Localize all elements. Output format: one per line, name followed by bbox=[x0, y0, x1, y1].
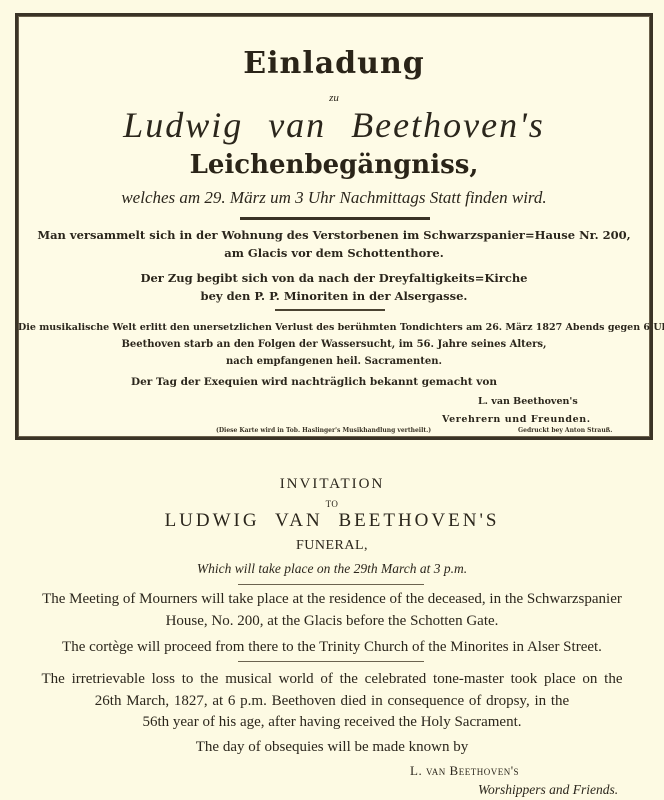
english-title: INVITATION bbox=[0, 476, 664, 493]
english-funeral-heading: FUNERAL, bbox=[0, 538, 664, 554]
divider bbox=[238, 584, 424, 585]
german-meeting-line-1: Man versammelt sich in der Wohnung des V… bbox=[18, 228, 650, 242]
german-meeting-line-2: am Glacis vor dem Schottenthore. bbox=[18, 246, 650, 260]
divider bbox=[275, 309, 385, 311]
german-zu: zu bbox=[18, 92, 650, 104]
english-meeting-line-2: House, No. 200, at the Glacis before the… bbox=[0, 613, 664, 630]
english-signature-line-1: L. van Beethoven's bbox=[410, 763, 519, 779]
english-procession-line: The cortège will proceed from there to t… bbox=[0, 639, 664, 656]
english-loss-line-3: 56th year of his age, after having recei… bbox=[0, 714, 664, 731]
german-funeral-heading: Leichenbegängniss, bbox=[18, 150, 650, 180]
german-title: Einladung bbox=[18, 46, 650, 81]
english-name: LUDWIG VAN BEETHOVEN'S bbox=[0, 510, 664, 532]
german-loss-line-1: Die musikalische Welt erlitt den unerset… bbox=[18, 322, 650, 333]
german-name: Ludwig van Beethoven's bbox=[18, 104, 650, 146]
german-loss-line-2: Beethoven starb an den Folgen der Wasser… bbox=[18, 339, 650, 350]
german-signature-line-2: Verehrern und Freunden. bbox=[442, 414, 591, 425]
german-procession-line-2: bey den P. P. Minoriten in der Alsergass… bbox=[18, 289, 650, 303]
english-obsequies-line: The day of obsequies will be made known … bbox=[0, 739, 664, 756]
german-footer-distribution-note: (Diese Karte wird in Tob. Haslinger's Mu… bbox=[216, 427, 431, 434]
english-loss-line-1: The irretrievable loss to the musical wo… bbox=[4, 671, 660, 688]
divider bbox=[238, 661, 424, 662]
english-date-line: Which will take place on the 29th March … bbox=[0, 561, 664, 577]
german-signature-line-1: L. van Beethoven's bbox=[478, 396, 578, 407]
german-loss-line-3: nach empfangenen heil. Sacramenten. bbox=[18, 356, 650, 367]
german-footer-printer: Gedruckt bey Anton Strauß. bbox=[518, 427, 612, 434]
english-to: TO bbox=[0, 499, 664, 509]
divider bbox=[240, 217, 430, 220]
english-meeting-line-1: The Meeting of Mourners will take place … bbox=[4, 591, 660, 608]
german-invitation-card: Einladung zu Ludwig van Beethoven's Leic… bbox=[15, 13, 653, 440]
english-signature-line-2: Worshippers and Friends. bbox=[478, 782, 618, 798]
german-procession-line-1: Der Zug begibt sich von da nach der Drey… bbox=[18, 271, 650, 285]
german-date-line: welches am 29. März um 3 Uhr Nachmittags… bbox=[18, 188, 650, 208]
english-loss-line-2: 26th March, 1827, at 6 p.m. Beethoven di… bbox=[0, 693, 664, 710]
german-exequien-line: Der Tag der Exequien wird nachträglich b… bbox=[0, 376, 650, 388]
